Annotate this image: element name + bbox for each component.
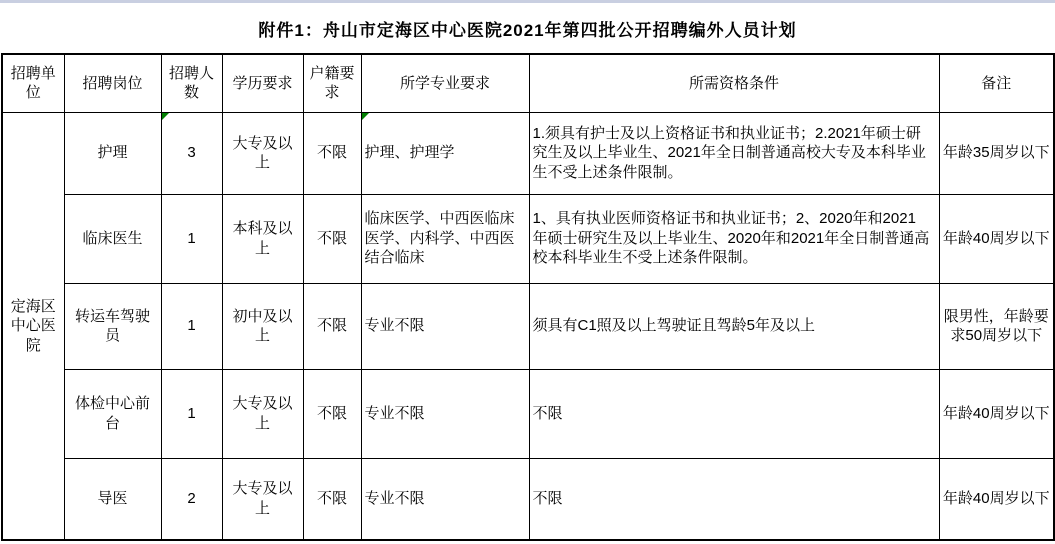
cell-headcount: 1: [161, 194, 222, 283]
cell-education: 大专及以上: [222, 369, 303, 458]
cell-hukou: 不限: [303, 112, 361, 194]
table-row: 临床医生 1 本科及以上 不限 临床医学、中西医临床医学、内科学、中西医结合临床…: [2, 194, 1054, 283]
table-row: 定海区中心医院 护理 3 大专及以上 不限 护理、护理学 1.须具有护士及以上资…: [2, 112, 1054, 194]
headcount-value: 3: [187, 144, 195, 161]
cell-hukou: 不限: [303, 194, 361, 283]
header-recruiting-unit: 招聘单位: [2, 54, 64, 112]
cell-education: 初中及以上: [222, 283, 303, 369]
cell-education: 大专及以上: [222, 458, 303, 540]
table-header-row: 招聘单位 招聘岗位 招聘人数 学历要求 户籍要求 所学专业要求 所需资格条件 备…: [2, 54, 1054, 112]
cell-remark: 年龄40周岁以下: [939, 194, 1054, 283]
document-title: 附件1：舟山市定海区中心医院2021年第四批公开招聘编外人员计划: [0, 3, 1055, 53]
cell-position: 转运车驾驶员: [64, 283, 161, 369]
cell-position: 体检中心前台: [64, 369, 161, 458]
cell-headcount: 3: [161, 112, 222, 194]
cell-position: 导医: [64, 458, 161, 540]
header-major: 所学专业要求: [361, 54, 529, 112]
header-remark: 备注: [939, 54, 1054, 112]
cell-major: 专业不限: [361, 369, 529, 458]
cell-hukou: 不限: [303, 369, 361, 458]
cell-hukou: 不限: [303, 458, 361, 540]
cell-qualifications: 须具有C1照及以上驾驶证且驾龄5年及以上: [529, 283, 939, 369]
header-headcount: 招聘人数: [161, 54, 222, 112]
excel-error-indicator-icon: [362, 113, 369, 120]
excel-error-indicator-icon: [162, 113, 169, 120]
cell-hukou: 不限: [303, 283, 361, 369]
table-row: 导医 2 大专及以上 不限 专业不限 不限 年龄40周岁以下: [2, 458, 1054, 540]
cell-qualifications: 1、具有执业医师资格证书和执业证书；2、2020年和2021年硕士研究生及以上毕…: [529, 194, 939, 283]
cell-remark: 年龄40周岁以下: [939, 458, 1054, 540]
cell-education: 本科及以上: [222, 194, 303, 283]
cell-remark: 年龄40周岁以下: [939, 369, 1054, 458]
cell-position: 护理: [64, 112, 161, 194]
table-row: 体检中心前台 1 大专及以上 不限 专业不限 不限 年龄40周岁以下: [2, 369, 1054, 458]
recruitment-plan-table: 招聘单位 招聘岗位 招聘人数 学历要求 户籍要求 所学专业要求 所需资格条件 备…: [1, 53, 1055, 541]
cell-recruiting-unit: 定海区中心医院: [2, 112, 64, 540]
cell-major: 专业不限: [361, 458, 529, 540]
major-value: 护理、护理学: [365, 144, 455, 161]
cell-remark: 限男性，年龄要求50周岁以下: [939, 283, 1054, 369]
cell-major: 专业不限: [361, 283, 529, 369]
cell-qualifications: 1.须具有护士及以上资格证书和执业证书；2.2021年硕士研究生及以上毕业生、2…: [529, 112, 939, 194]
table-row: 转运车驾驶员 1 初中及以上 不限 专业不限 须具有C1照及以上驾驶证且驾龄5年…: [2, 283, 1054, 369]
header-hukou: 户籍要求: [303, 54, 361, 112]
cell-major: 护理、护理学: [361, 112, 529, 194]
cell-headcount: 1: [161, 283, 222, 369]
cell-major: 临床医学、中西医临床医学、内科学、中西医结合临床: [361, 194, 529, 283]
cell-qualifications: 不限: [529, 458, 939, 540]
cell-qualifications: 不限: [529, 369, 939, 458]
header-qualifications: 所需资格条件: [529, 54, 939, 112]
cell-position: 临床医生: [64, 194, 161, 283]
cell-headcount: 2: [161, 458, 222, 540]
cell-education: 大专及以上: [222, 112, 303, 194]
cell-headcount: 1: [161, 369, 222, 458]
cell-remark: 年龄35周岁以下: [939, 112, 1054, 194]
header-position: 招聘岗位: [64, 54, 161, 112]
header-education: 学历要求: [222, 54, 303, 112]
